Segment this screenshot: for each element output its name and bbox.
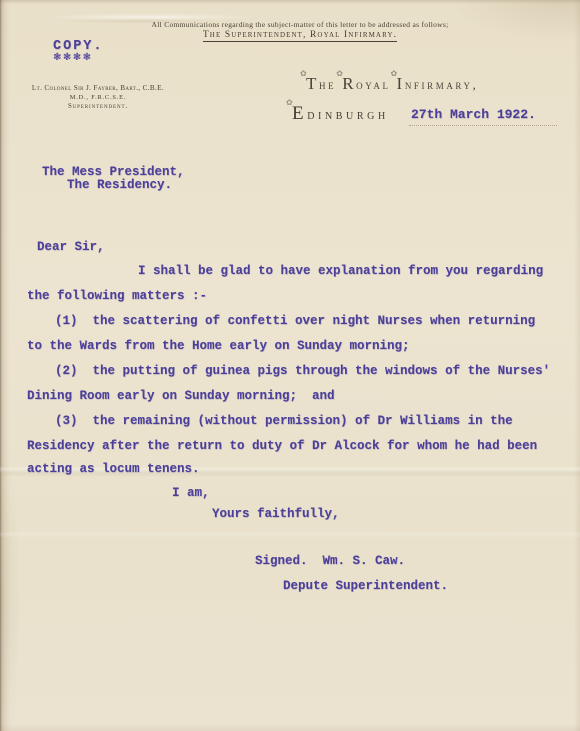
letterhead-word-infirmary: Infirmary,: [397, 74, 479, 94]
letterhead-word-the: The: [306, 74, 336, 94]
letter-page: All Communications regarding the subject…: [0, 0, 580, 731]
superintendent-address-text: The Superintendent, Royal Infirmary.: [203, 30, 397, 42]
officer-credentials: M.D., F.R.C.S.E.: [30, 93, 166, 102]
letterhead-institution: TheRoyalInfirmary,: [306, 74, 484, 94]
body-line: Residency after the return to duty of Dr…: [27, 439, 537, 453]
copy-stamp-marks: ❃❃❃❃: [53, 52, 93, 63]
signature-name: Signed. Wm. S. Caw.: [255, 554, 405, 568]
body-line: the following matters :-: [27, 289, 207, 303]
body-line: I shall be glad to have explanation from…: [138, 264, 543, 278]
officer-block: Lt. Colonel Sir J. Fayrer, Bart., C.B.E.…: [30, 84, 166, 111]
superintendent-address-line: The Superintendent, Royal Infirmary.: [125, 30, 475, 40]
body-line: to the Wards from the Home early on Sund…: [27, 339, 410, 353]
letterhead-city-text: Edinburgh: [292, 103, 389, 125]
body-line: Dining Room early on Sunday morning; and: [27, 389, 335, 403]
recipient-line: The Mess President,: [42, 165, 185, 179]
letterhead-date: 27th March 1922.: [411, 107, 536, 122]
body-line: (2) the putting of guinea pigs through t…: [55, 364, 550, 378]
closing-i-am: I am,: [172, 486, 210, 500]
letterhead-city: Edinburgh: [292, 103, 389, 125]
body-line: acting as locum tenens.: [27, 462, 200, 476]
body-line: (1) the scattering of confetti over nigh…: [55, 314, 535, 328]
letterhead-word-royal: Royal: [342, 74, 390, 94]
officer-title: Superintendent.: [30, 102, 166, 111]
officer-name: Lt. Colonel Sir J. Fayrer, Bart., C.B.E.: [30, 84, 166, 93]
letter-notice: All Communications regarding the subject…: [135, 20, 465, 29]
recipient-line: The Residency.: [67, 178, 172, 192]
body-line: (3) the remaining (without permission) o…: [55, 414, 513, 428]
closing-yours-faithfully: Yours faithfully,: [212, 507, 340, 521]
date-underline: [409, 125, 557, 126]
signature-title: Depute Superintendent.: [283, 579, 448, 593]
salutation: Dear Sir,: [37, 240, 105, 254]
